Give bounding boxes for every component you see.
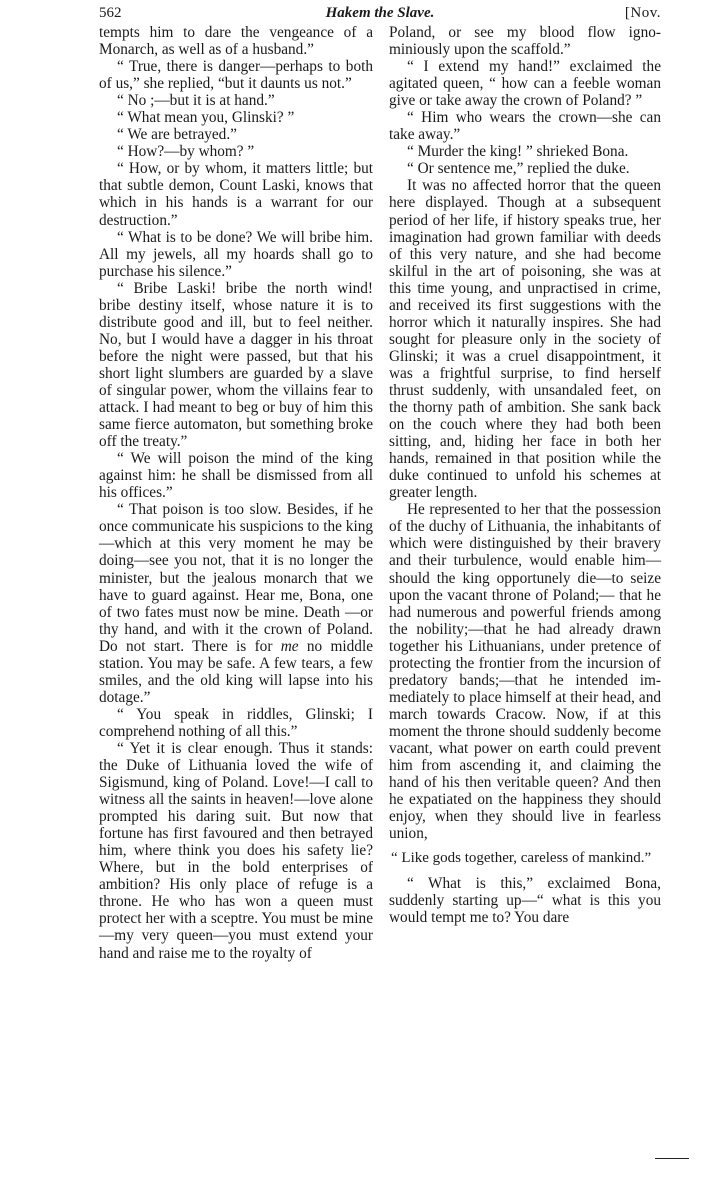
paragraph: “ Yet it is clear enough. Thus it stands…	[99, 740, 373, 962]
emphasis-text: me	[281, 638, 299, 655]
page-header: 562 Hakem the Slave. [Nov.	[99, 2, 661, 24]
paragraph: “ I extend my hand!” exclaimed the agita…	[389, 58, 661, 109]
paragraph: “ You speak in riddles, Glinski; I compr…	[99, 706, 373, 740]
footer-rule-divider	[655, 1158, 689, 1159]
paragraph: Poland, or see my blood flow igno­miniou…	[389, 24, 661, 58]
paragraph: “ Murder the king! ” shrieked Bona.	[389, 143, 661, 160]
paragraph: “ What is to be done? We will bribe him.…	[99, 229, 373, 280]
verse-quotation: “ Like gods together, careless of man­ki…	[389, 850, 661, 867]
paragraph: “ What mean you, Glinski? ”	[99, 109, 373, 126]
left-column: tempts him to dare the vengeance of a Mo…	[99, 24, 373, 962]
paragraph: “ Or sentence me,” replied the duke.	[389, 160, 661, 177]
paragraph: “ What is this,” exclaimed Bona, suddenl…	[389, 875, 661, 926]
paragraph: “ How, or by whom, it matters lit­tle; b…	[99, 160, 373, 228]
paragraph: “ We will poison the mind of the king ag…	[99, 450, 373, 501]
paragraph: “ Him who wears the crown—she can take a…	[389, 109, 661, 143]
right-column: Poland, or see my blood flow igno­miniou…	[389, 24, 661, 926]
paragraph: “ How?—by whom? ”	[99, 143, 373, 160]
paragraph: “ We are betrayed.”	[99, 126, 373, 143]
paragraph-text: “ That poison is too slow. Besides, if h…	[99, 501, 373, 654]
paragraph: “ True, there is danger—perhaps to both …	[99, 58, 373, 92]
paragraph: “ That poison is too slow. Besides, if h…	[99, 501, 373, 706]
paragraph: tempts him to dare the vengeance of a Mo…	[99, 24, 373, 58]
paragraph: It was no affected horror that the queen…	[389, 177, 661, 501]
paragraph: “ No ;—but it is at hand.”	[99, 92, 373, 109]
issue-month: [Nov.	[625, 2, 661, 24]
paragraph: “ Bribe Laski! bribe the north wind! bri…	[99, 280, 373, 450]
running-title: Hakem the Slave.	[99, 2, 661, 24]
paragraph: He represented to her that the pos­sessi…	[389, 501, 661, 842]
